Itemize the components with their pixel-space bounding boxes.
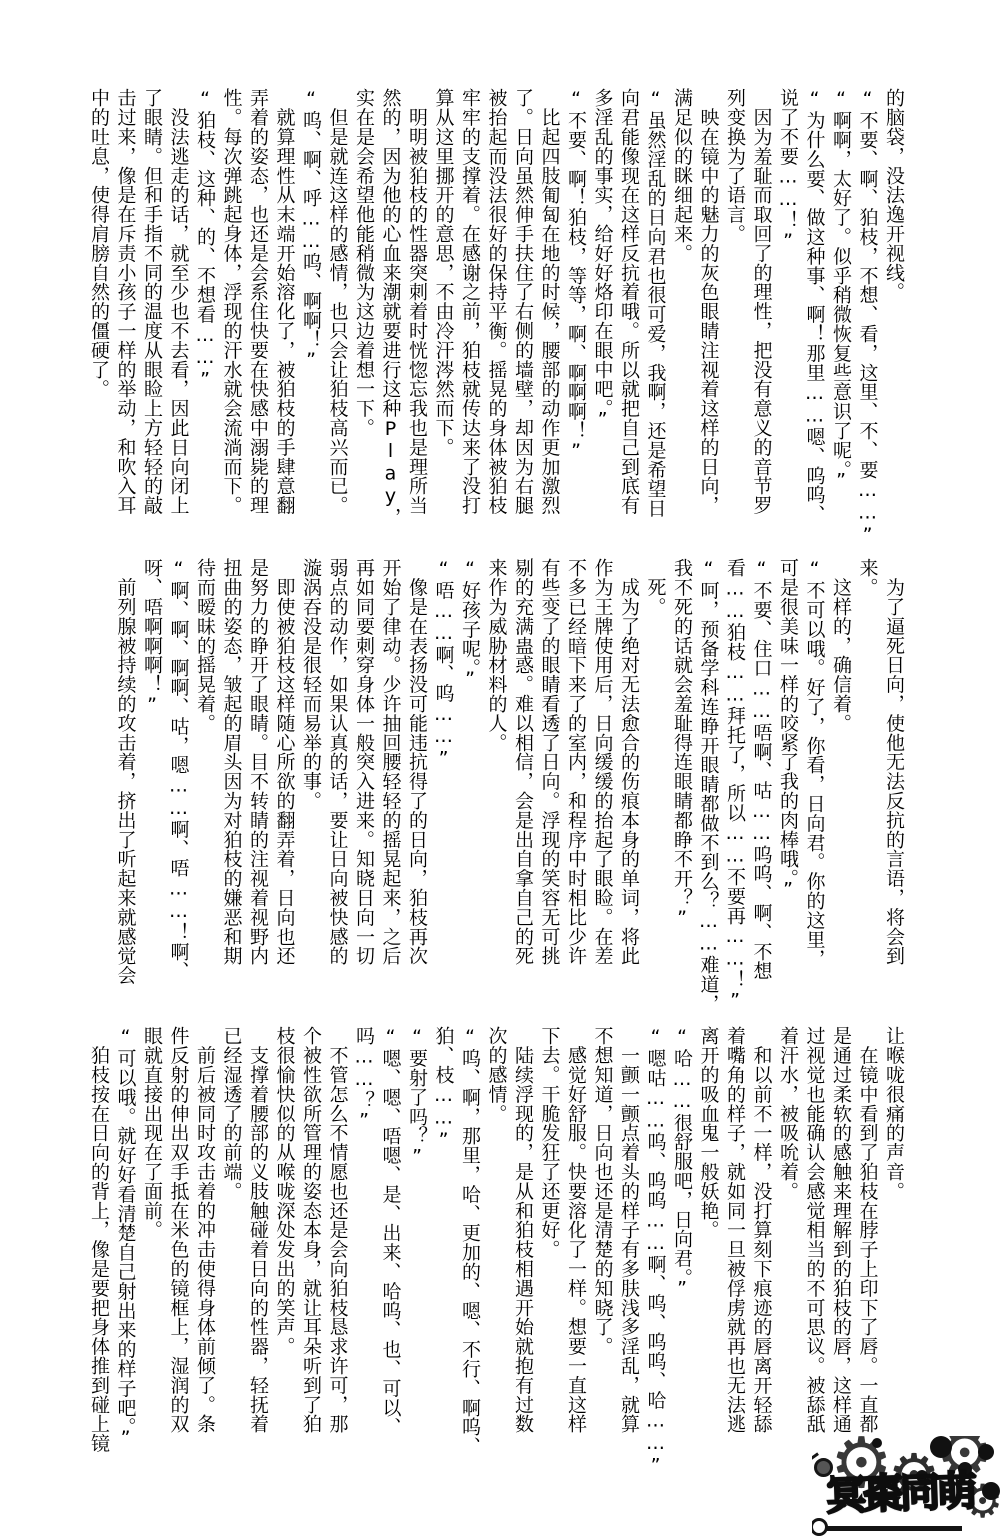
text-column: 在镜中看到了狛枝在脖子上印下了唇。一直都 [854,1026,881,1486]
text-column: 再如同要刺穿身体一般突入进来。知晓日向一切 [351,558,378,1018]
text-column: 了眼睛。但和手指不同的温度从眼睑上方轻轻的敲 [139,88,166,548]
text-column: 可是很美味一样的咬紧了我的肉棒哦。” [775,558,802,1018]
novel-page: 的脑袋，没法逸开视线。“不要、啊、狛枝，不想、看，这里、不、要……”“啊啊，太好… [0,0,1000,1536]
logo-group-name: 冥棗同萌 [825,1459,975,1521]
text-column: 多淫乱的事实，给好好烙印在眼中吧。” [589,88,616,548]
bubble-dot [978,1444,994,1460]
text-column: “虽然淫乱的日向君也很可爱，我啊，还是希望日 [642,88,669,548]
text-column: 剔的充满蛊惑。难以相信，会是出自拿自己的死 [510,558,537,1018]
text-column: 我不死的话就会羞耻得连眼睛都睁不开？” [669,558,696,1018]
text-column: 件反射的伸出双手抵在米色的镜框上，湿润的双 [165,1026,192,1486]
text-column: 满足似的眯细起来。 [669,88,696,548]
text-column: 了。日向虽然伸手扶住了右侧的墙壁，却因为右腿 [510,88,537,548]
text-column: 弱点的动作，如果认真的话，要让日向被快感的 [324,558,351,1018]
text-column: 着嘴角的样子，就如同一旦被俘虏就再也无法逃 [722,1026,749,1486]
text-column: 像是在表扬没可能违抗得了的日向，狛枝再次 [404,558,431,1018]
text-column: 没法逃走的话，就至少也不去看，因此日向闭上 [165,88,192,548]
text-column: 算从这里挪开的意思，不由冷汗涔然而下。 [430,88,457,548]
bubble-dot [982,1482,1000,1500]
text-column: “不要、啊！狛枝，等等，啊、啊啊啊！” [563,88,590,548]
text-column: 和以前不一样，没打算刻下痕迹的唇离开轻舔 [748,1026,775,1486]
text-column: 映在镜中的魅力的灰色眼睛注视着这样的日向， [695,88,722,548]
text-column: “唔……啊、呜……” [430,558,457,1018]
text-column: 扭曲的姿态，皱起的眉头因为对狛枝的嫌恶和期 [218,558,245,1018]
text-column: 已经湿透了的前端。 [218,1026,245,1486]
text-column: 陆续浮现的，是从和狛枝相遇开始就抱有过数 [510,1026,537,1486]
text-column: 弄着的姿态，也还是会系住快要在快感中溺毙的理 [245,88,272,548]
text-column: 离开的吸血鬼一般妖艳。 [695,1026,722,1486]
text-column: 前列腺被持续的攻击着，挤出了听起来就感觉会 [112,558,139,1018]
text-column: 说了不要……！” [775,88,802,548]
text-column: 然的，因为他的心血来潮就要进行这种Play， [377,88,404,548]
text-column: 比起四肢匍匐在地的时候，腰部的动作更加激烈 [536,88,563,548]
text-column: 不多已经暗下来了的室内，和程序中时相比少许 [563,558,590,1018]
text-column: “可以哦。就好好看清楚自己射出来的样子吧。” [112,1026,139,1486]
text-column: 支撑着腰部的义肢触碰着日向的性器，轻抚着 [245,1026,272,1486]
text-column: 枝很愉快似的从喉咙深处发出的笑声。 [271,1026,298,1486]
scanlation-logo: ⚙ ⚙ ⚙ ⚙ 冥棗同萌 [812,1436,1000,1536]
text-column: “啊、啊、啊啊、咕，嗯……啊、唔……！啊、 [165,558,192,1018]
text-column: 狛、枝……” [430,1026,457,1486]
text-column: “呜、啊，那里，哈、更加的、嗯、不行、啊呜、 [457,1026,484,1486]
text-column: 下去。干脆发狂了还更好。 [536,1026,563,1486]
text-column: 着汗水，被吸吮着。 [775,1026,802,1486]
text-column: “不要、住口……唔啊、咕……呜呜、啊、不想 [748,558,775,1018]
text-column: 作为王牌使用后，日向缓缓的抬起了眼睑。在差 [589,558,616,1018]
text-column: 死。 [642,558,669,1018]
text-column: 待而暧昧的摇晃着。 [192,558,219,1018]
text-column: 次的感情。 [483,1026,510,1486]
text-column: 让喉咙很痛的声音。 [881,1026,908,1486]
text-column: 个被性欲所管理的姿态本身，就让耳朵听到了狛 [298,1026,325,1486]
text-column: 是努力的睁开了眼睛。目不转睛的注视着视野内 [245,558,272,1018]
text-column: 中的吐息，使得肩膀自然的僵硬了。 [86,88,113,548]
text-column: “要射了吗？” [404,1026,431,1486]
text-column: 被抬起而没法很好的保持平衡。摇晃的身体被狛枝 [483,88,510,548]
text-block-bottom: 让喉咙很痛的声音。 在镜中看到了狛枝在脖子上印下了唇。一直都是通过柔软的感触来理… [86,1026,908,1486]
text-block-top: 的脑袋，没法逸开视线。“不要、啊、狛枝，不想、看，这里、不、要……”“啊啊，太好… [86,88,908,548]
text-column: 开始了律动。少许抽回腰轻轻的摇晃起来，之后 [377,558,404,1018]
text-block-middle: 为了逼死日向，使他无法反抗的言语，将会到来。 这样的，确信着。“不可以哦。好了，… [112,558,907,1018]
text-column: 因为羞耻而取回了的理性，把没有意义的音节罗 [748,88,775,548]
text-column: “嗯、嗯、唔嗯、是、出来、哈呜、也、可以、 [377,1026,404,1486]
text-column: “不可以哦。好了，你看，日向君。你的这里， [801,558,828,1018]
text-column: 列变换为了语言。 [722,88,749,548]
text-column: 感觉好舒服。快要溶化了一样。想要一直这样 [563,1026,590,1486]
text-column: “狛枝、这种、的、不想看……” [192,88,219,548]
text-column: 即使被狛枝这样随心所欲的翻弄着，日向也还 [271,558,298,1018]
text-column: 向君能像现在这样反抗着哦。所以就把自己到底有 [616,88,643,548]
text-column: 过视觉也能确认会感觉相当的不可思议。被舔舐 [801,1026,828,1486]
bubble-dot [930,1436,952,1458]
text-column: 的脑袋，没法逸开视线。 [881,88,908,548]
text-column: 为了逼死日向，使他无法反抗的言语，将会到 [881,558,908,1018]
text-column: 看……狛枝……拜托了，所以……不要再……！” [722,558,749,1018]
text-column: “哈……很舒服吧，日向君。” [669,1026,696,1486]
text-column: 不想知道，日向也还是清楚的知晓了。 [589,1026,616,1486]
logo-underline-ring [812,1518,828,1536]
text-column: “啊啊，太好了。似乎稍微恢复些意识了呢。” [828,88,855,548]
bubble-dot [872,1438,882,1448]
text-column: 这样的，确信着。 [828,558,855,1018]
text-column: 但是就连这样的感情，也只会让狛枝高兴而已。 [324,88,351,548]
text-column: 来作为威胁材料的人。 [483,558,510,1018]
text-column: 狛枝按在日向的背上，像是要把身体推到碰上镜 [86,1026,113,1486]
text-column: 漩涡吞没是很轻而易举的事。 [298,558,325,1018]
text-column: 有些变了的眼睛看透了日向。浮现的笑容无可挑 [536,558,563,1018]
logo-underline [812,1526,962,1531]
text-column: 前后被同时攻击着的冲击使得身体前倾了。条 [192,1026,219,1486]
text-column: “好孩子呢。” [457,558,484,1018]
text-column: 是通过柔软的感触来理解到的狛枝的唇，这样通 [828,1026,855,1486]
text-column: 成为了绝对无法愈合的伤痕本身的单词，将此 [616,558,643,1018]
text-column: “不要、啊、狛枝，不想、看，这里、不、要……” [854,88,881,548]
text-column: 就算理性从末端开始溶化了，被狛枝的手肆意翻 [271,88,298,548]
text-column: 击过来，像是在斥责小孩子一样的举动，和吹入耳 [112,88,139,548]
text-column: “嗯咕……呜、呜呜……啊、呜、呜呜、哈……” [642,1026,669,1486]
text-column: “呵，预备学科连睁开眼睛都做不到么？……难道， [695,558,722,1018]
text-column: 吗……？” [351,1026,378,1486]
text-column: 呀、唔啊啊啊！” [139,558,166,1018]
text-column: 一颤一颤点着头的样子有多肤浅多淫乱，就算 [616,1026,643,1486]
text-column: “为什么要、做这种事、啊！那里……嗯、呜呜、 [801,88,828,548]
text-column: 不管怎么不情愿也还是会向狛枝恳求许可，那 [324,1026,351,1486]
text-column: 实在是会希望他能稍微为这边着想一下。 [351,88,378,548]
text-column: 明明被狛枝的性器突刺着时恍惚忘我也是理所当 [404,88,431,548]
text-column: 性。每次弹跳起身体，浮现的汗水就会流淌而下。 [218,88,245,548]
text-column: 牢牢的支撑着。在感谢之前，狛枝就传达来了没打 [457,88,484,548]
text-column: 来。 [854,558,881,1018]
text-column: 眼就直接出现在了面前。 [139,1026,166,1486]
text-column: “呜、啊、呼……呜、啊啊！” [298,88,325,548]
